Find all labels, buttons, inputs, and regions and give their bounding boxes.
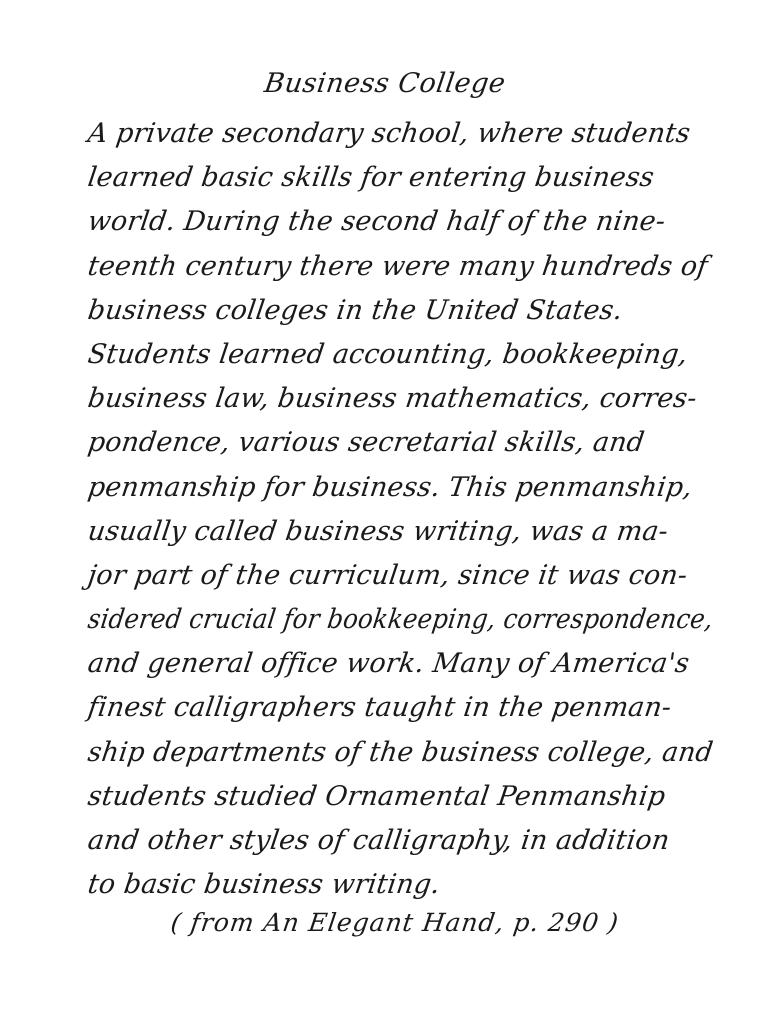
text-line: and other styles of calligraphy, in addi… <box>85 819 716 863</box>
citation: ( from An Elegant Hand, p. 290 ) <box>0 908 770 937</box>
text-line: usually called business writing, was a m… <box>85 510 716 554</box>
text-line: jor part of the curriculum, since it was… <box>85 554 716 598</box>
text-line: teenth century there were many hundreds … <box>85 245 716 289</box>
text-line: learned basic skills for entering busine… <box>85 156 716 200</box>
text-line: and general office work. Many of America… <box>85 642 716 686</box>
text-line: A private secondary school, where studen… <box>85 112 716 156</box>
text-line: pondence, various secretarial skills, an… <box>85 421 716 465</box>
body-text: A private secondary school, where studen… <box>88 112 718 907</box>
text-line: students studied Ornamental Penmanship <box>85 775 716 819</box>
text-line: business colleges in the United States. <box>85 289 716 333</box>
text-line: to basic business writing. <box>85 863 716 907</box>
text-line: sidered crucial for bookkeeping, corresp… <box>85 598 661 642</box>
text-line: Students learned accounting, bookkeeping… <box>85 333 716 377</box>
handwriting-page: Business College A private secondary sch… <box>0 0 770 1024</box>
text-line: penmanship for business. This penmanship… <box>85 466 716 510</box>
text-line: business law, business mathematics, corr… <box>85 377 716 421</box>
text-line: finest calligraphers taught in the penma… <box>85 686 716 730</box>
text-line: ship departments of the business college… <box>85 731 708 775</box>
page-title: Business College <box>0 68 770 99</box>
text-line: world. During the second half of the nin… <box>85 200 716 244</box>
